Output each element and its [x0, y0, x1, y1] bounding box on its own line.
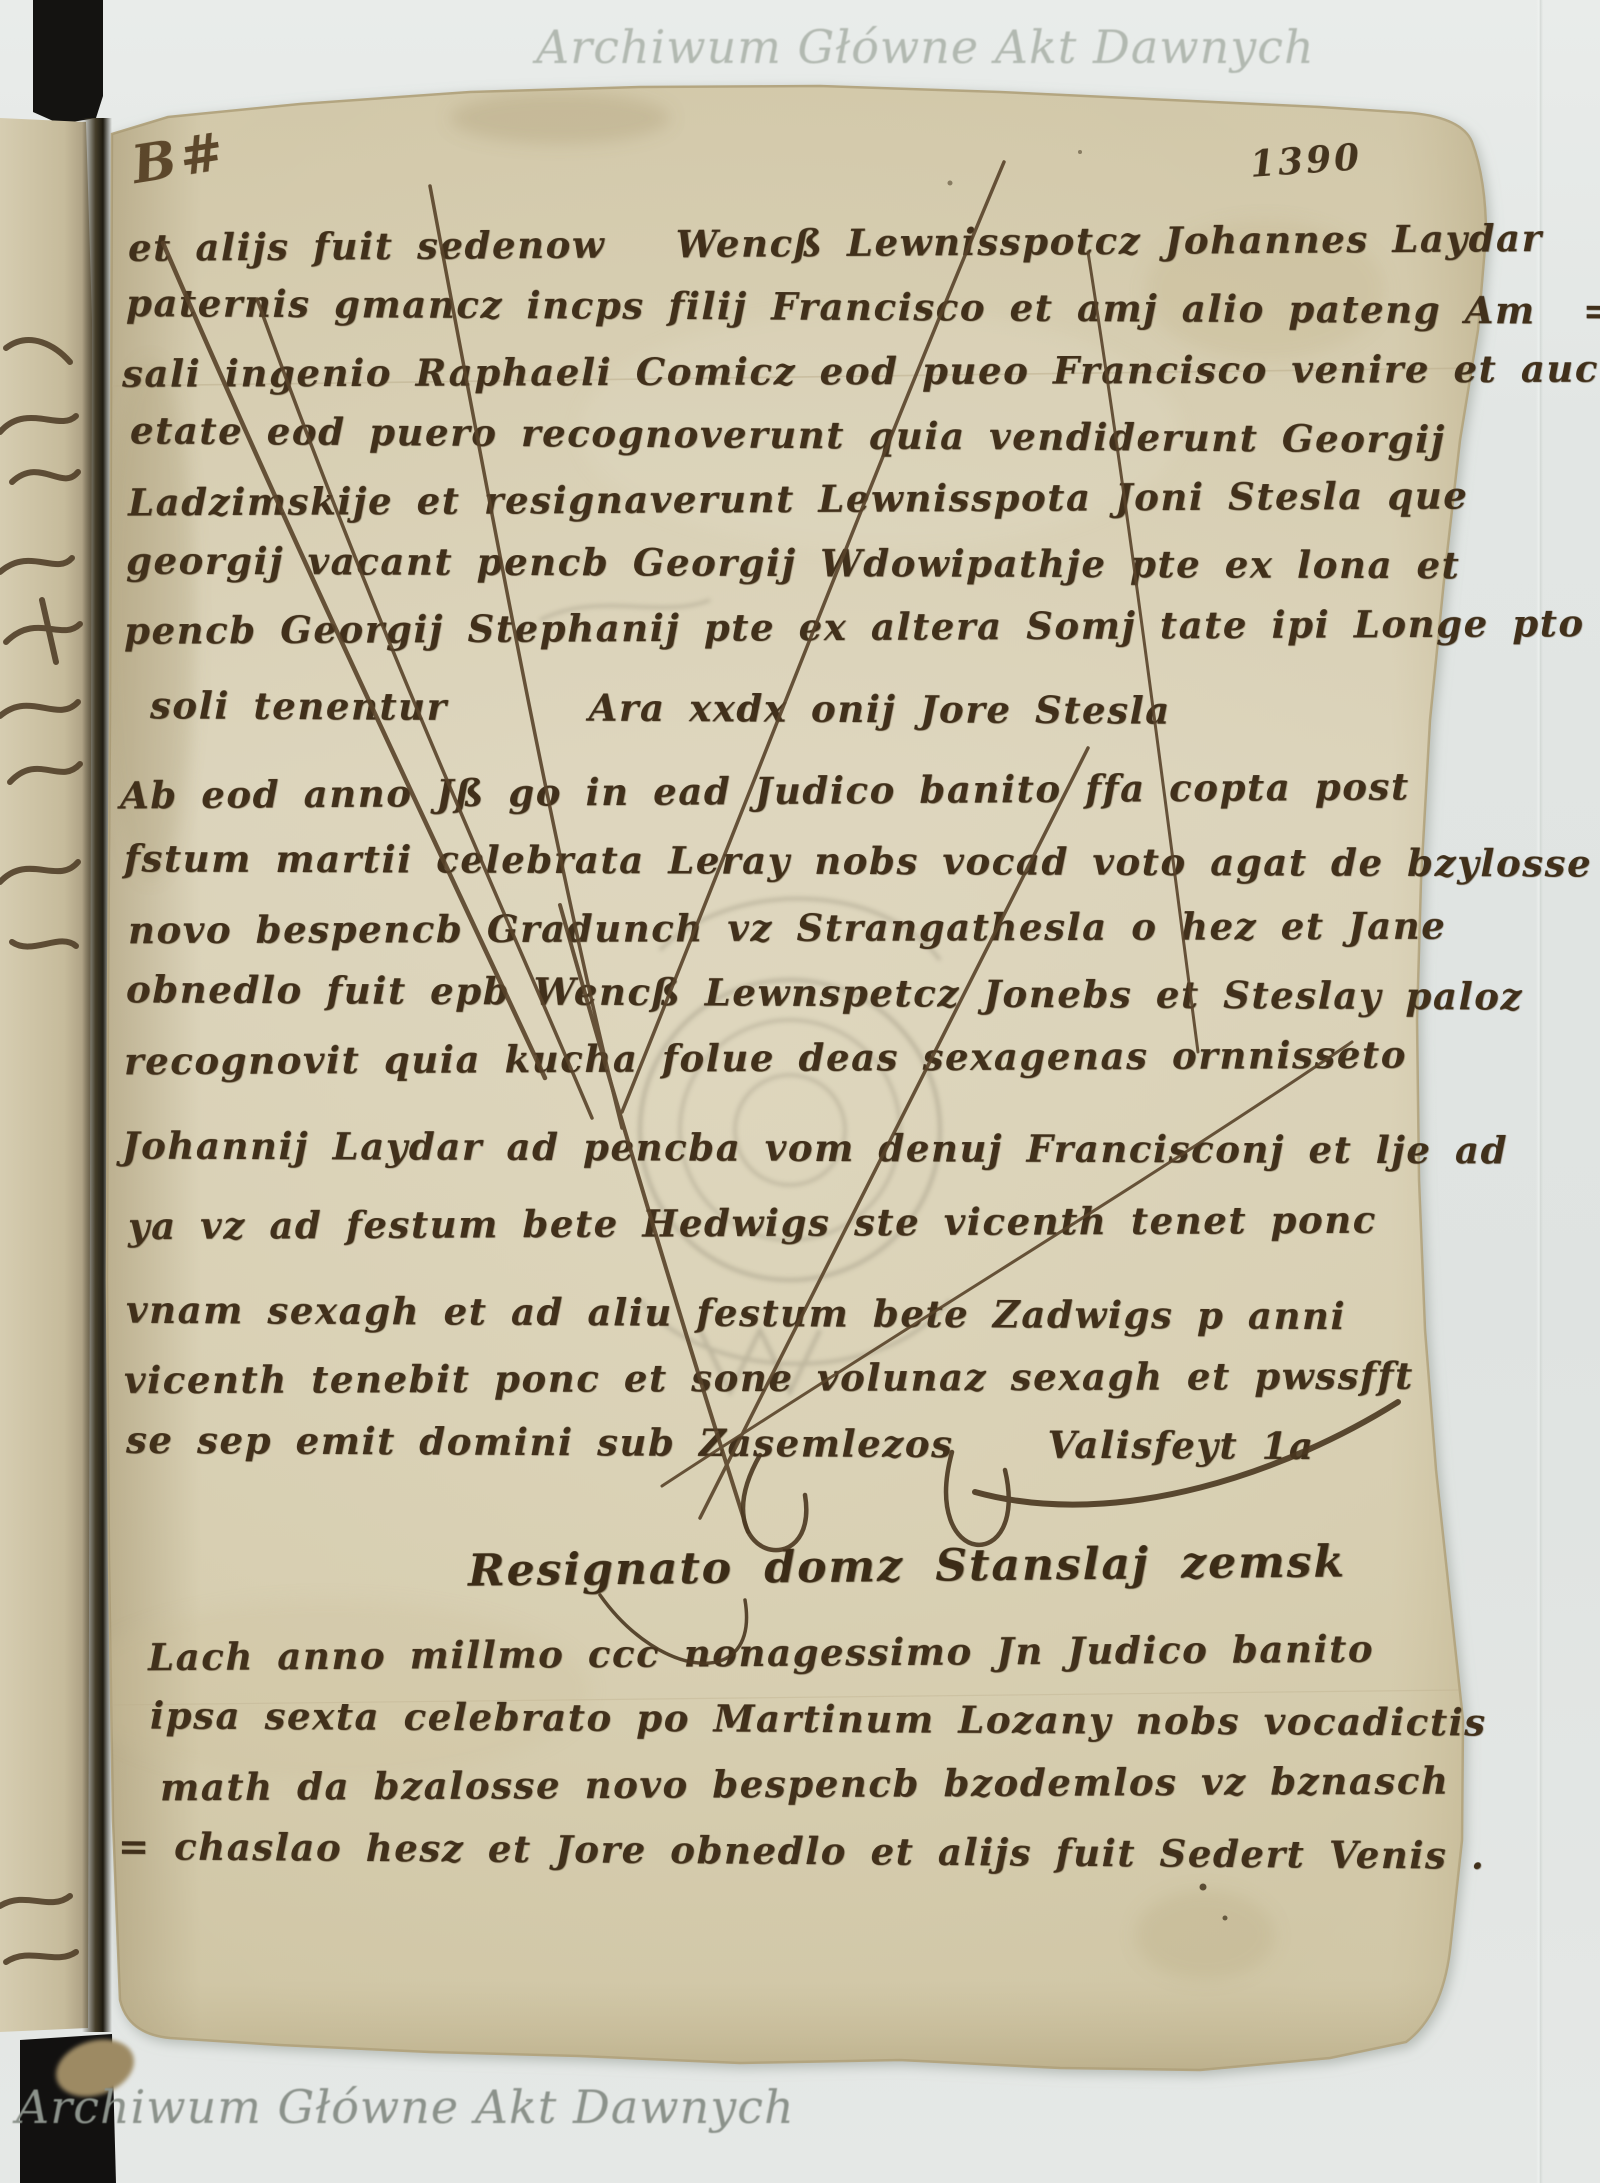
- binding-strip-top: [33, 0, 103, 124]
- scanned-manuscript-page: Archiwum Główne Akt Dawnych: [0, 0, 1600, 2183]
- archive-watermark-bottom: Archiwum Główne Akt Dawnych: [16, 2080, 795, 2134]
- adjacent-page-edge: [0, 118, 92, 2032]
- manuscript-artwork: [0, 0, 1600, 2183]
- page-surface-texture: [0, 0, 1600, 2183]
